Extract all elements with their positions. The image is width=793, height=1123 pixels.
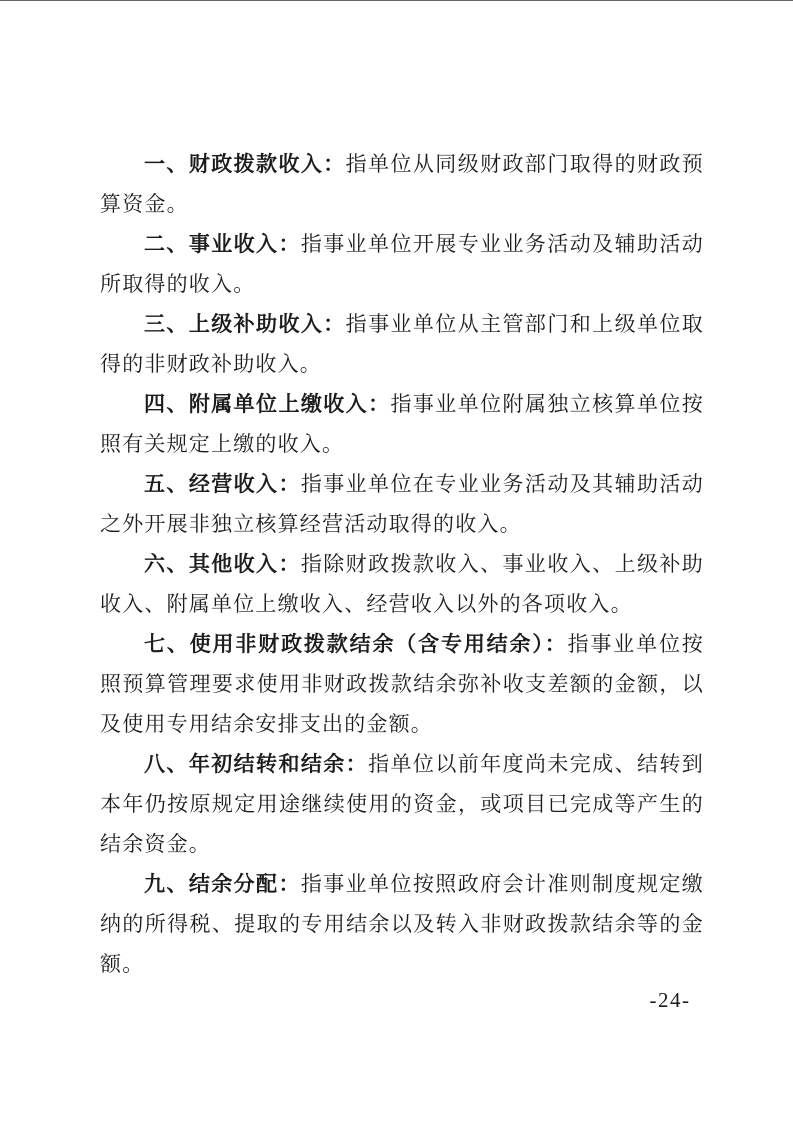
term-label: 一、财政拨款收入：: [144, 152, 346, 176]
term-label: 四、附属单位上缴收入：: [144, 392, 390, 416]
definition-paragraph-operating-income: 二、事业收入：指事业单位开展专业业务活动及辅助活动所取得的收入。: [100, 224, 704, 304]
definition-paragraph-non-fiscal-surplus-use: 七、使用非财政拨款结余（含专用结余）：指事业单位按照预算管理要求使用非财政拨款结…: [100, 624, 704, 744]
definition-paragraph-business-income: 五、经营收入：指事业单位在专业业务活动及其辅助活动之外开展非独立核算经营活动取得…: [100, 464, 704, 544]
term-label: 二、事业收入：: [144, 232, 301, 256]
definition-paragraph-other-income: 六、其他收入：指除财政拨款收入、事业收入、上级补助收入、附属单位上缴收入、经营收…: [100, 544, 704, 624]
definitions-section: 一、财政拨款收入：指单位从同级财政部门取得的财政预算资金。 二、事业收入：指事业…: [100, 144, 704, 984]
definition-paragraph-affiliated-unit-remitted-income: 四、附属单位上缴收入：指事业单位附属独立核算单位按照有关规定上缴的收入。: [100, 384, 704, 464]
definition-paragraph-beginning-year-carryover: 八、年初结转和结余：指单位以前年度尚未完成、结转到本年仍按原规定用途继续使用的资…: [100, 744, 704, 864]
term-label: 七、使用非财政拨款结余（含专用结余）：: [144, 632, 568, 656]
term-label: 三、上级补助收入：: [144, 312, 346, 336]
document-page: 一、财政拨款收入：指单位从同级财政部门取得的财政预算资金。 二、事业收入：指事业…: [0, 0, 793, 1123]
page-number: -24-: [640, 988, 700, 1013]
definition-paragraph-fiscal-appropriation-income: 一、财政拨款收入：指单位从同级财政部门取得的财政预算资金。: [100, 144, 704, 224]
term-label: 八、年初结转和结余：: [144, 752, 368, 776]
definition-paragraph-superior-subsidy-income: 三、上级补助收入：指事业单位从主管部门和上级单位取得的非财政补助收入。: [100, 304, 704, 384]
definition-paragraph-surplus-distribution: 九、结余分配：指事业单位按照政府会计准则制度规定缴纳的所得税、提取的专用结余以及…: [100, 864, 704, 984]
term-label: 九、结余分配：: [144, 872, 301, 896]
term-label: 五、经营收入：: [144, 472, 301, 496]
term-label: 六、其他收入：: [144, 552, 301, 576]
